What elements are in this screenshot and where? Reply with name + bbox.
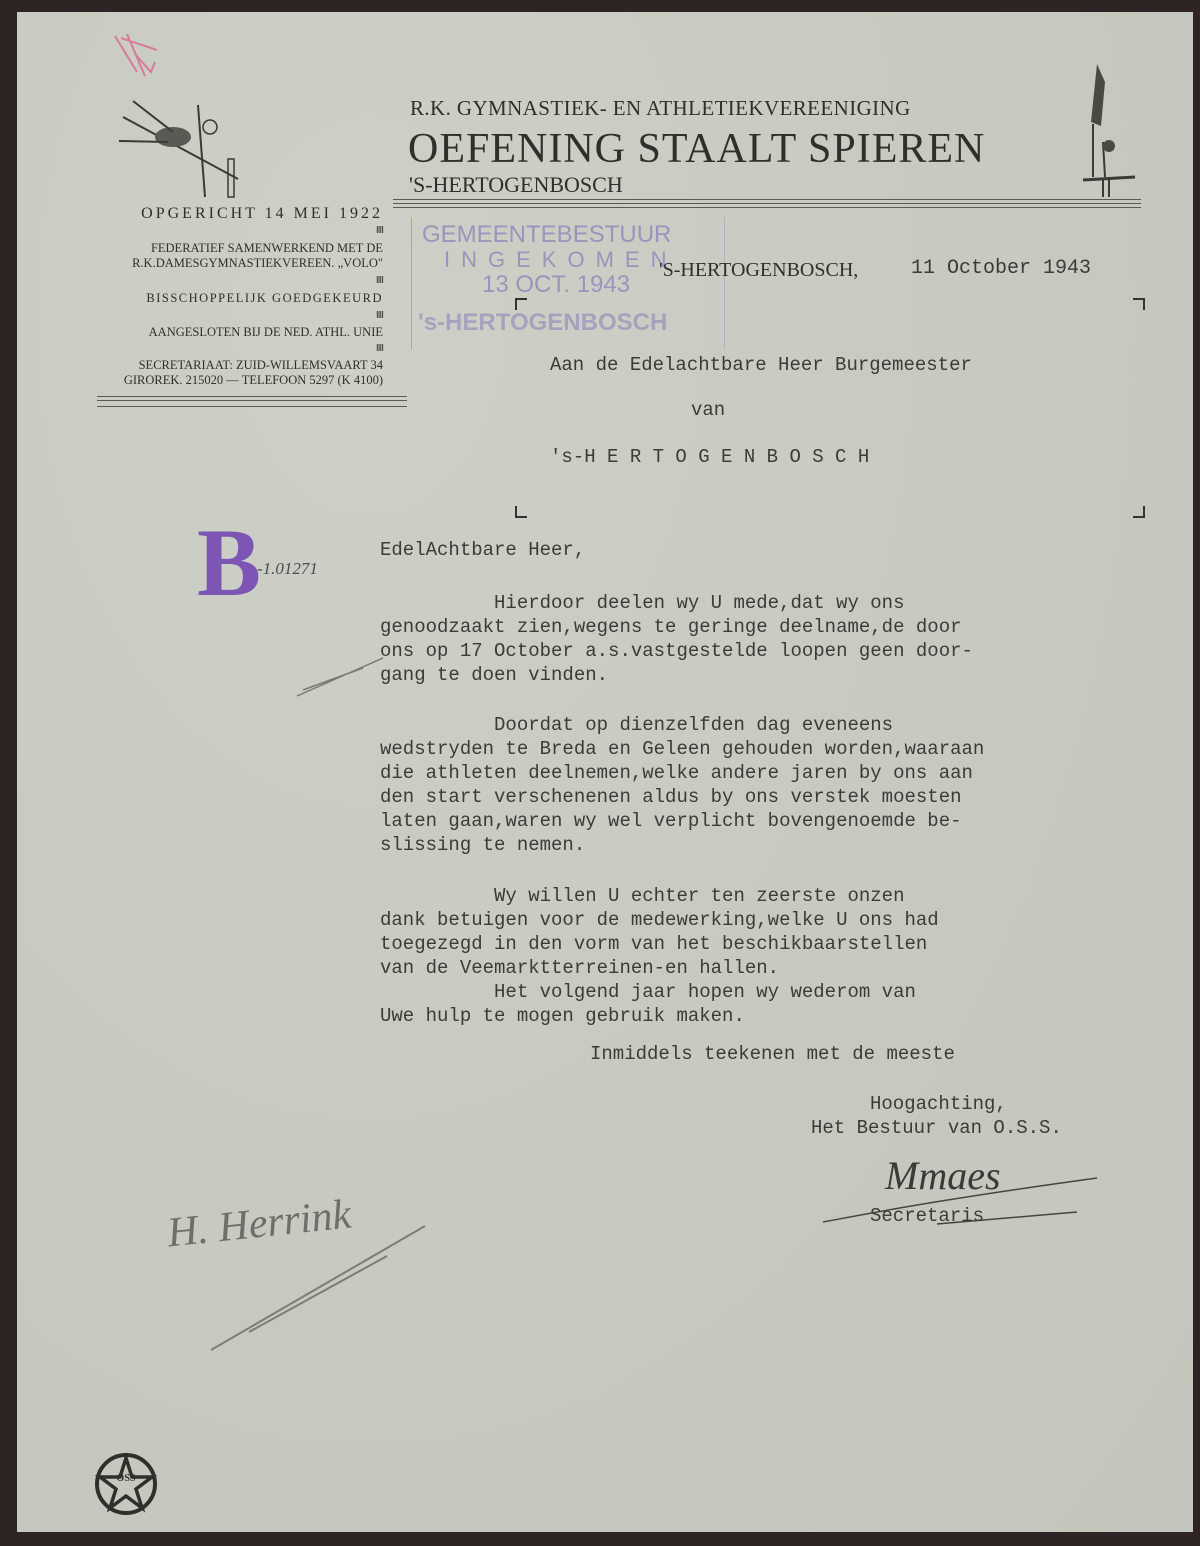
body-line: die athleten deelnemen,welke andere jare… (380, 762, 973, 784)
letterhead-subtitle: R.K. GYMNASTIEK- EN ATHLETIEKVEREENIGING (410, 96, 911, 121)
logo-letters: OSS (116, 1474, 136, 1483)
purple-stamp-letter: B (197, 515, 261, 611)
letterhead-rule (393, 203, 1141, 204)
stamp-line-2: INGEKOMEN (444, 247, 677, 273)
separator: IIII (376, 225, 383, 236)
body-line: Het volgend jaar hopen wy wederom van (380, 981, 916, 1003)
separator: IIII (376, 310, 383, 321)
letterhead-rule (393, 199, 1141, 200)
federation-line-2: R.K.DAMESGYMNASTIEKVEREEN. „VOLO" (132, 256, 383, 271)
contact-line: GIROREK. 215020 — TELEFOON 5297 (K 4100) (124, 373, 383, 388)
closing-line-1: Inmiddels teekenen met de meeste (590, 1043, 955, 1065)
handwritten-number: -1.01271 (257, 559, 318, 579)
separator: IIII (376, 343, 383, 354)
body-line: Uwe hulp te mogen gebruik maken. (380, 1005, 745, 1027)
salutation: EdelAchtbare Heer, (380, 539, 585, 561)
affiliated-line: AANGESLOTEN BIJ DE NED. ATHL. UNIE (149, 325, 383, 340)
address-line-2: van (691, 399, 725, 421)
approved-line: BISSCHOPPELIJK GOEDGEKEURD (146, 291, 383, 306)
stamp-line-4: 's-HERTOGENBOSCH (418, 309, 667, 337)
body-line: Hierdoor deelen wy U mede,dat wy ons (380, 592, 905, 614)
star-logo-icon (94, 1452, 158, 1516)
body-line: Doordat op dienzelfden dag eveneens (380, 714, 893, 736)
handstand-gymnast-illustration-icon (1077, 62, 1137, 202)
closing-role: Secretaris (870, 1205, 984, 1227)
letter-page: R.K. GYMNASTIEK- EN ATHLETIEKVEREENIGING… (17, 12, 1193, 1532)
stamp-line-3: 13 OCT. 1943 (482, 271, 630, 299)
address-line-1: Aan de Edelachtbare Heer Burgemeester (550, 354, 972, 376)
letter-date: 11 October 1943 (911, 257, 1091, 280)
letterhead-rule (393, 207, 1141, 208)
body-line: toegezegd in den vorm van het beschikbaa… (380, 933, 927, 955)
body-line: Wy willen U echter ten zeerste onzen (380, 885, 905, 907)
place-printed: 'S-HERTOGENBOSCH, (659, 259, 858, 282)
body-line: dank betuigen voor de medewerking,welke … (380, 909, 939, 931)
separator: IIII (376, 275, 383, 286)
body-line: gang te doen vinden. (380, 664, 608, 686)
body-line: den start verschenenen aldus by ons vers… (380, 786, 962, 808)
body-line: slissing te nemen. (380, 834, 585, 856)
oss-star-logo: OSS (94, 1452, 158, 1516)
pencil-stroke-icon (293, 644, 393, 704)
secretariat-address: SECRETARIAAT: ZUID-WILLEMSVAART 34 (139, 358, 383, 373)
federation-line-1: FEDERATIEF SAMENWERKEND MET DE (151, 241, 383, 256)
body-line: laten gaan,waren wy wel verplicht boveng… (380, 810, 962, 832)
address-corner-tr (1133, 298, 1145, 310)
closing-line-2: Hoogachting, (870, 1093, 1007, 1115)
letter-body: Hierdoor deelen wy U mede,dat wy ons gen… (380, 592, 1140, 1032)
body-line: ons op 17 October a.s.vastgestelde loope… (380, 640, 973, 662)
letterhead-city: 'S-HERTOGENBOSCH (409, 172, 623, 198)
sidebar-rule (97, 406, 407, 407)
closing-line-3: Het Bestuur van O.S.S. (811, 1117, 1062, 1139)
letterhead-title: OEFENING STAALT SPIEREN (408, 125, 985, 173)
stamp-line-1: GEMEENTEBESTUUR (422, 221, 671, 249)
pole-vaulter-illustration-icon (113, 97, 253, 207)
address-corner-br (1133, 506, 1145, 518)
body-line: wedstryden te Breda en Geleen gehouden w… (380, 738, 984, 760)
address-corner-bl (515, 506, 527, 518)
received-stamp: GEMEENTEBESTUUR INGEKOMEN 13 OCT. 1943 '… (411, 217, 725, 349)
body-line: genoodzaakt zien,wegens te geringe deeln… (380, 616, 962, 638)
address-corner-tl (515, 298, 527, 310)
address-line-3: 's-H E R T O G E N B O S C H (550, 446, 869, 468)
pink-pencil-mark-icon (107, 32, 167, 82)
sidebar-rule (97, 396, 407, 397)
pencil-underline-icon (207, 1212, 447, 1362)
body-line: van de Veemarktterreinen-en hallen. (380, 957, 779, 979)
founded-date: OPGERICHT 14 MEI 1922 (141, 206, 383, 221)
sidebar-rule (97, 400, 407, 401)
